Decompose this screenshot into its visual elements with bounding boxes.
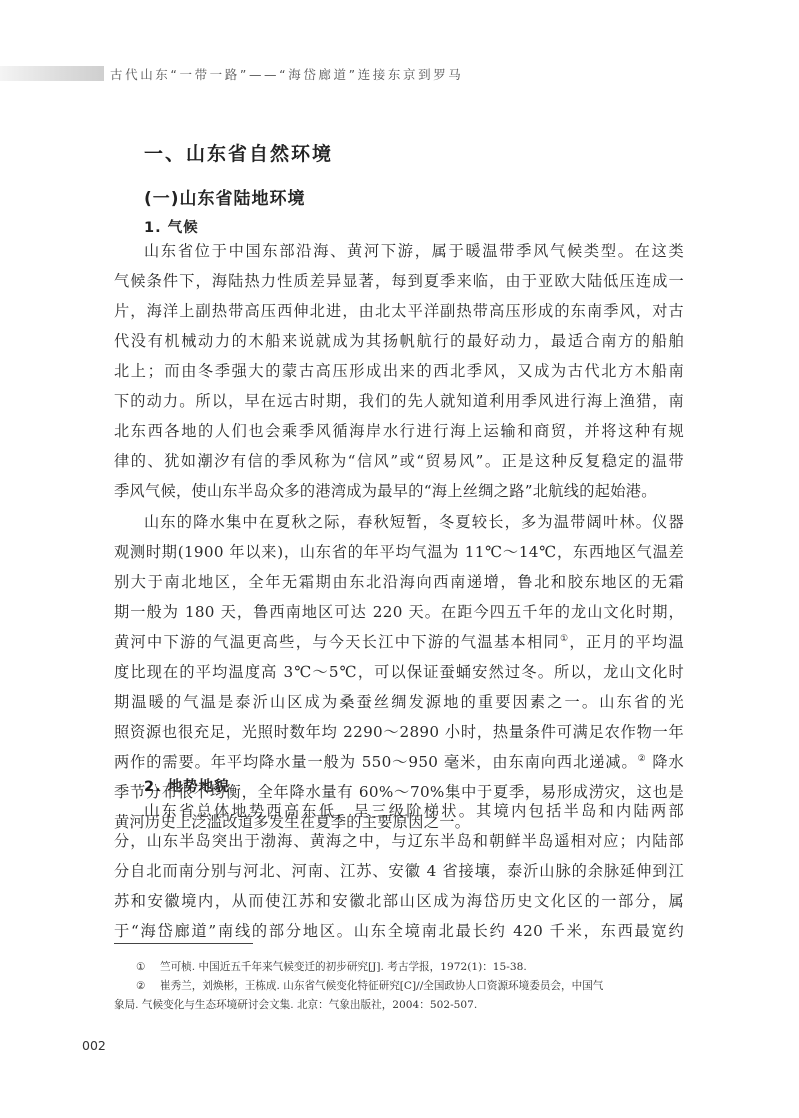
text-line: 代没有机械动力的木船来说就成为其扬帆航行的最好动力，最适合南方的船舶 [114, 326, 684, 356]
footnote-2-continued: 象局. 气候变化与生态环境研讨会文集. 北京：气象出版社，2004：502-50… [114, 996, 684, 1015]
page-number: 002 [82, 1038, 106, 1053]
text-line: 观测时期(1900 年以来)，山东省的年平均气温为 11℃～14℃，东西地区气温… [114, 537, 684, 567]
text-line: 北上；而由冬季强大的蒙古高压形成出来的西北季风，又成为古代北方木船南 [114, 356, 684, 386]
text-line: 苏和安徽境内，从而使江苏和安徽北部山区成为海岱历史文化区的一部分，属 [114, 886, 684, 916]
footnotes: ①竺可桢. 中国近五千年来气候变迁的初步研究[J]. 考古学报，1972(1)：… [114, 958, 684, 1015]
text-line: 山东省位于中国东部沿海、黄河下游，属于暖温带季风气候类型。在这类 [114, 236, 684, 266]
footnote-text: 崔秀兰，刘焕彬，王栋成. 山东省气候变化特征研究[C]//全国政协人口资源环境委… [160, 980, 603, 992]
text-segment: ，正月的平均温 [569, 633, 684, 651]
text-segment: 黄河中下游的气温更高些，与今天长江中下游的气温基本相同 [114, 633, 560, 651]
text-line: 分自北而南分别与河北、河南、江苏、安徽 4 省接壤，泰沂山脉的余脉延伸到江 [114, 856, 684, 886]
text-line: 气候条件下，海陆热力性质差异显著，每到夏季来临，由于亚欧大陆低压连成一 [114, 266, 684, 296]
text-line: 片，海洋上副热带高压西伸北进，由北太平洋副热带高压形成的东南季风，对古 [114, 296, 684, 326]
text-line: 山东省总体地势西高东低，呈三级阶梯状。其境内包括半岛和内陆两部 [114, 796, 684, 826]
footnote-2: ②崔秀兰，刘焕彬，王栋成. 山东省气候变化特征研究[C]//全国政协人口资源环境… [114, 977, 684, 996]
footnote-mark: ① [136, 958, 160, 977]
footnote-text: 竺可桢. 中国近五千年来气候变迁的初步研究[J]. 考古学报，1972(1)：1… [160, 961, 527, 973]
paragraph-terrain: 山东省总体地势西高东低，呈三级阶梯状。其境内包括半岛和内陆两部 分，山东半岛突出… [114, 796, 684, 946]
footnote-ref-1[interactable]: ① [560, 634, 569, 644]
running-title: 古代山东“一带一路”——“海岱廊道”连接东京到罗马 [110, 65, 463, 83]
text-line: 黄河中下游的气温更高些，与今天长江中下游的气温基本相同①，正月的平均温 [114, 627, 684, 657]
footnote-mark: ② [136, 977, 160, 996]
footnote-ref-2[interactable]: ② [638, 754, 647, 764]
paragraph-climate: 山东省位于中国东部沿海、黄河下游，属于暖温带季风气候类型。在这类 气候条件下，海… [114, 236, 684, 506]
text-line: 山东的降水集中在夏秋之际，春秋短暂，冬夏较长，多为温带阔叶林。仪器 [114, 507, 684, 537]
item-heading-terrain: 2. 地势地貌 [144, 775, 230, 796]
header-gradient-band [0, 66, 104, 81]
text-segment: 两作的需要。年平均降水量一般为 550～950 毫米，由东南向西北递减。 [114, 753, 638, 771]
text-line: 期一般为 180 天，鲁西南地区可达 220 天。在距今四五千年的龙山文化时期， [114, 597, 684, 627]
text-line: 季风气候，使山东半岛众多的港湾成为最早的“海上丝绸之路”北航线的起始港。 [114, 476, 684, 506]
text-line: 北东西各地的人们也会乘季风循海岸水行进行海上运输和商贸，并将这种有规 [114, 416, 684, 446]
text-line: 律的、犹如潮汐有信的季风称为“信风”或“贸易风”。正是这种反复稳定的温带 [114, 446, 684, 476]
section-heading: 一、山东省自然环境 [144, 139, 333, 166]
text-line: 分，山东半岛突出于渤海、黄海之中，与辽东半岛和朝鲜半岛遥相对应；内陆部 [114, 826, 684, 856]
footnote-1: ①竺可桢. 中国近五千年来气候变迁的初步研究[J]. 考古学报，1972(1)：… [114, 958, 684, 977]
text-segment: 降水 [647, 753, 684, 771]
text-line: 两作的需要。年平均降水量一般为 550～950 毫米，由东南向西北递减。② 降水 [114, 747, 684, 777]
subsection-heading: (一)山东省陆地环境 [144, 184, 306, 209]
text-line: 度比现在的平均温度高 3℃～5℃，可以保证蚕蛹安然过冬。所以，龙山文化时 [114, 657, 684, 687]
text-line: 期温暖的气温是泰沂山区成为桑蚕丝绸发源地的重要因素之一。山东省的光 [114, 687, 684, 717]
running-header: 古代山东“一带一路”——“海岱廊道”连接东京到罗马 [0, 66, 799, 81]
item-heading-climate: 1. 气候 [144, 216, 199, 237]
text-line: 别大于南北地区，全年无霜期由东北沿海向西南递增，鲁北和胶东地区的无霜 [114, 567, 684, 597]
text-line: 于“海岱廊道”南线的部分地区。山东全境南北最长约 420 千米，东西最宽约 [114, 916, 684, 946]
footnote-divider [114, 943, 253, 944]
text-line: 照资源也很充足，光照时数年均 2290～2890 小时，热量条件可满足农作物一年 [114, 717, 684, 747]
text-line: 下的动力。所以，早在远古时期，我们的先人就知道利用季风进行海上渔猎，南 [114, 386, 684, 416]
